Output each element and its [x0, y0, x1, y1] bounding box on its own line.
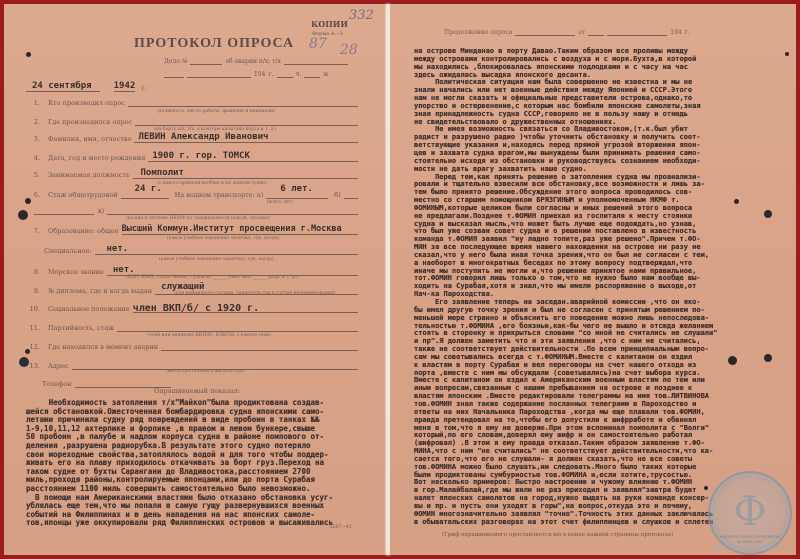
field-education: 7. Образование: общее Высший Коммун.Инст…	[26, 224, 358, 235]
field-full-name: 3. Фамилия, имя, отчество ЛЕВИН Александ…	[26, 132, 358, 143]
field-experience-specialty: в)	[34, 204, 358, 215]
handwritten-mark-1: 87	[309, 36, 327, 52]
stamp-text: ФЕДЕРАЛЬНОЕ АРХИВНОЕ АГЕНТСТВО	[710, 534, 790, 544]
field-line-3	[344, 188, 358, 199]
continuation-year: 194	[670, 29, 681, 36]
field-label: Где производился опрос	[48, 118, 132, 126]
date-suffix: г.	[141, 84, 146, 92]
continuation-label: Продолжение опроса	[444, 29, 512, 36]
field-value: нет.	[113, 265, 135, 275]
interview-date: 24 сентября 1942 г.	[26, 81, 147, 92]
field-social-status: 10. Социальное положение член ВКП/б/ с 1…	[26, 302, 358, 313]
continuation-header: Продолжение опроса от 194 г.	[444, 28, 690, 36]
field-line: ЛЕВИН Александр Иванович	[134, 132, 358, 143]
source-watermark: https://vk.com/rusarchives	[712, 544, 787, 551]
day-blank	[164, 70, 184, 78]
case-number-blank	[190, 57, 222, 65]
testimony-text-left: Необходимость затопления т/х"Майкоп"была…	[26, 399, 372, 528]
field-interviewer: 1. Кто производил опрос	[26, 96, 358, 107]
left-page: КОПИИ Форма А—3 332 87 28 ПРОТОКОЛ ОПРОС…	[4, 4, 386, 555]
field-num: 4.	[26, 154, 40, 162]
field-hint: (из них в системе НКМФ по специальности …	[126, 216, 270, 221]
case-middle: об аварии п/х; т/х	[225, 58, 280, 65]
field-line: нет.	[95, 244, 359, 255]
hours-blank	[277, 70, 293, 78]
field-hint: (для командного состава, свидетельства в…	[174, 291, 336, 296]
field-value-2: 6 лет.	[280, 184, 313, 194]
month-blank	[187, 70, 251, 78]
field-hint: (член или кандидат ВКП(б), ВЛКСМ, с како…	[147, 333, 271, 338]
field-num: 10.	[26, 305, 40, 313]
ink-dot	[18, 210, 28, 220]
field-label: Телефон	[42, 380, 72, 388]
field-label: Социальное положение	[48, 305, 130, 313]
field-position: 5. Занимаемая должность Помполит	[26, 168, 358, 179]
field-line: 1900 г. гор. ТОМСК	[148, 151, 358, 162]
ink-dot	[728, 356, 737, 365]
incident-date-line: 194 г. ч. м	[164, 70, 328, 78]
field-label: Специальное:	[44, 247, 92, 255]
field-label: Стаж общетрудовой	[48, 191, 118, 199]
vessel-name-blank	[284, 57, 348, 65]
field-hint: (должность, место работы, фамилия и иниц…	[157, 109, 276, 114]
field-value: Высший Коммун.Институт просвещения г.Мос…	[122, 224, 342, 234]
field-experience: 6. Стаж общетрудовой 24 г. На водном тра…	[26, 188, 358, 199]
handwritten-mark-2: 28	[340, 42, 358, 58]
field-label: Занимаемая должность	[48, 171, 130, 179]
case-number-line: Дело № об аварии п/х; т/х	[164, 57, 348, 65]
field-label: Дата, год и место рождения	[48, 154, 145, 162]
field-hint: (какое учебное заведение окончил, где, к…	[167, 236, 279, 241]
page-code: 2287—41	[330, 525, 352, 530]
document-title: ПРОТОКОЛ ОПРОСА	[134, 36, 294, 52]
continuation-year-suffix: г.	[685, 29, 690, 36]
field-label: № диплома, где и когда выдан	[48, 287, 152, 295]
field-num: 9.	[26, 287, 40, 295]
field-birth: 4. Дата, год и место рождения 1900 г. го…	[26, 151, 358, 162]
field-value: 1900 г. гор. ТОМСК	[152, 151, 250, 161]
field-value: ЛЕВИН Александр Иванович	[138, 132, 268, 142]
archive-number: 332	[349, 8, 374, 23]
field-line: Помполит	[133, 168, 358, 179]
archive-stamp: Ф ФЕДЕРАЛЬНОЕ АРХИВНОЕ АГЕНТСТВО	[708, 471, 792, 555]
field-label: Морское звание	[48, 268, 104, 276]
testimony-heading: Опрашиваемый показал:	[154, 387, 240, 395]
field-line	[34, 204, 94, 215]
ink-dot	[764, 354, 772, 362]
field-label: Фамилия, имя, отчество	[48, 135, 131, 143]
field-num: 5.	[26, 171, 40, 179]
field-hint: (с какого времени вообще и на данном суд…	[157, 181, 267, 186]
copy-label: КОПИИ	[311, 19, 348, 29]
field-line	[128, 96, 358, 107]
year-suffix: г.	[268, 71, 273, 78]
continuation-from: от	[578, 29, 585, 36]
field-label-3: б)	[334, 191, 340, 199]
field-value: член ВКП/б/ с 1920 г.	[133, 303, 259, 314]
field-line: Высший Коммун.Институт просвещения г.Мос…	[122, 224, 358, 235]
field-line	[117, 321, 358, 332]
field-line: 24 г.	[121, 188, 169, 199]
field-label-2: На водном транспорте: а)	[175, 191, 264, 199]
field-line	[107, 204, 358, 215]
document-spread: КОПИИ Форма А—3 332 87 28 ПРОТОКОЛ ОПРОС…	[4, 4, 796, 555]
ink-dot	[19, 357, 29, 367]
field-phone: Телефон	[42, 377, 171, 388]
field-num: 8.	[26, 268, 40, 276]
field-line	[135, 115, 358, 126]
continuation-month-blank	[607, 28, 667, 36]
field-num: 7.	[26, 227, 40, 235]
field-party: 11. Партийность, стаж	[26, 321, 358, 332]
field-label: Кто производил опрос	[48, 99, 125, 107]
continuation-blank	[515, 28, 575, 36]
year-prefix: 194	[254, 71, 265, 78]
field-location: 2. Где производился опрос	[26, 115, 358, 126]
field-hint: (КДП, КМП, судов. механ., судов до _____…	[126, 275, 298, 280]
page-footnote: (Гриф опрашиваемого проставляется им в к…	[442, 532, 673, 538]
ink-dot	[764, 210, 772, 218]
field-value: 24 г.	[135, 184, 162, 194]
field-num: 1.	[26, 99, 40, 107]
ink-dot	[26, 52, 31, 57]
hours-label: ч.	[296, 71, 302, 78]
field-num: 11.	[26, 324, 40, 332]
ink-dot	[704, 486, 708, 490]
date-day-month: 24 сентября	[26, 81, 100, 92]
field-line: член ВКП/б/ с 1920 г.	[133, 302, 358, 313]
field-label: Адрес	[48, 362, 69, 370]
field-line	[161, 340, 358, 351]
stamp-emblem: Ф	[710, 489, 790, 535]
field-line-2: 6 лет.	[266, 188, 328, 199]
ink-dot	[25, 198, 31, 204]
ink-dot	[25, 349, 30, 354]
minutes-label: м	[323, 71, 328, 78]
field-accident-location: 12. Где находился в момент аварии	[26, 340, 358, 351]
field-hint: (место постоянного жительства)	[166, 369, 244, 374]
field-num: 3.	[26, 135, 40, 143]
field-num: 2.	[26, 118, 40, 126]
minutes-blank	[304, 70, 320, 78]
case-prefix: Дело №	[164, 58, 187, 65]
testimony-text-right: на острове Минданао в порту Давао.Таким …	[414, 48, 776, 526]
field-label: Партийность, стаж	[48, 324, 114, 332]
date-year: 1942	[114, 81, 136, 92]
field-value: Помполит	[141, 168, 184, 178]
continuation-day-blank	[588, 28, 604, 36]
ink-dot	[734, 199, 739, 204]
field-hint: (какое учебное заведение закончил, где, …	[159, 257, 274, 262]
ink-dot	[785, 52, 789, 56]
field-special-education: Специальное: нет.	[44, 244, 358, 255]
right-page: Продолжение опроса от 194 г. на острове …	[390, 4, 796, 555]
field-label: Образование: общее	[48, 227, 119, 235]
field-label: Где находился в момент аварии	[48, 343, 158, 351]
field-value: нет.	[107, 244, 129, 254]
